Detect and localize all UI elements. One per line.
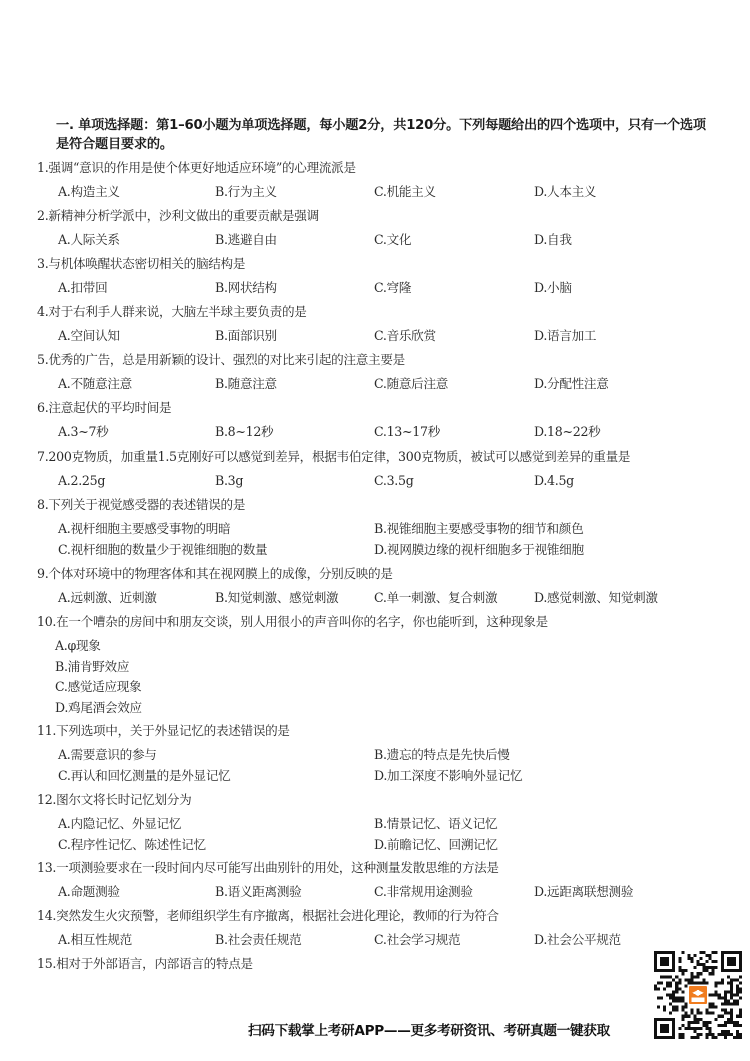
option-a: A.不随意注意 [58, 376, 132, 392]
question-stem: 3.与机体唤醒状态密切相关的脑结构是 [37, 256, 245, 272]
qr-code-icon[interactable] [654, 951, 742, 1039]
exam-page: 一. 单项选择题：第1–60小题为单项选择题，每小题2分，共120分。下列每题给… [0, 0, 750, 1061]
option-d: D.加工深度不影响外显记忆 [374, 768, 522, 784]
option-c: C.视杆细胞的数量少于视锥细胞的数量 [58, 542, 267, 558]
option-d: D.小脑 [534, 280, 572, 296]
question-stem: 12.图尔文将长时记忆划分为 [37, 792, 191, 808]
qr-code-graphic [654, 951, 742, 1039]
option-d: D.视网膜边缘的视杆细胞多于视锥细胞 [374, 542, 584, 558]
option-c: C.3.5g [374, 473, 413, 489]
option-b: B.知觉刺激、感觉刺激 [215, 590, 338, 606]
promo-text: 扫码下载掌上考研APP——更多考研资讯、考研真题一键获取 [248, 1019, 610, 1039]
option-a: A.人际关系 [58, 232, 120, 248]
question-stem: 9.个体对环境中的物理客体和其在视网膜上的成像，分别反映的是 [37, 566, 393, 582]
option-b: B.视锥细胞主要感受事物的细节和颜色 [374, 521, 583, 537]
option-d: D.远距离联想测验 [534, 884, 633, 900]
option-d: D.分配性注意 [534, 376, 609, 392]
option-d: D.18~22秒 [534, 424, 600, 440]
option-d: D.语言加工 [534, 328, 596, 344]
option-c: C.感觉适应现象 [55, 679, 141, 695]
option-d: D.自我 [534, 232, 572, 248]
option-a: A.扣带回 [58, 280, 107, 296]
option-c: C.非常规用途测验 [374, 884, 473, 900]
question-stem: 6.注意起伏的平均时间是 [37, 400, 171, 416]
option-d: D.感觉刺激、知觉刺激 [534, 590, 658, 606]
option-c: C.13~17秒 [374, 424, 440, 440]
option-b: B.面部识别 [215, 328, 277, 344]
option-c: C.音乐欣赏 [374, 328, 436, 344]
option-b: B.浦肯野效应 [55, 659, 129, 675]
option-b: B.逃避自由 [215, 232, 277, 248]
option-b: B.情景记忆、语义记忆 [374, 816, 497, 832]
option-b: B.社会责任规范 [215, 932, 301, 948]
question-stem: 15.相对于外部语言，内部语言的特点是 [37, 956, 253, 972]
question-stem: 4.对于右利手人群来说，大脑左半球主要负责的是 [37, 304, 307, 320]
question-stem: 5.优秀的广告，总是用新颖的设计、强烈的对比来引起的注意主要是 [37, 352, 405, 368]
question-stem: 1.强调“意识的作用是使个体更好地适应环境”的心理流派是 [37, 160, 356, 176]
option-a: A.需要意识的参与 [58, 747, 157, 763]
question-stem: 11.下列选项中，关于外显记忆的表述错误的是 [37, 723, 290, 739]
option-c: C.穹隆 [374, 280, 411, 296]
option-a: A.空间认知 [58, 328, 120, 344]
option-c: C.社会学习规范 [374, 932, 460, 948]
option-a: A.远刺激、近刺激 [58, 590, 157, 606]
option-b: B.随意注意 [215, 376, 277, 392]
question-stem: 13.一项测验要求在一段时间内尽可能写出曲别针的用处，这种测量发散思维的方法是 [37, 860, 499, 876]
option-d: D.人本主义 [534, 184, 596, 200]
option-d: D.4.5g [534, 473, 574, 489]
option-d: D.鸡尾酒会效应 [55, 700, 142, 716]
option-c: C.机能主义 [374, 184, 436, 200]
option-a: A.φ现象 [55, 638, 101, 654]
option-c: C.程序性记忆、陈述性记忆 [58, 837, 206, 853]
option-b: B.8~12秒 [215, 424, 273, 440]
option-b: B.语义距离测验 [215, 884, 301, 900]
option-c: C.文化 [374, 232, 411, 248]
option-a: A.视杆细胞主要感受事物的明暗 [58, 521, 230, 537]
option-b: B.遗忘的特点是先快后慢 [374, 747, 510, 763]
option-c: C.随意后注意 [374, 376, 448, 392]
option-d: D.社会公平规范 [534, 932, 621, 948]
option-d: D.前瞻记忆、回溯记忆 [374, 837, 498, 853]
option-b: B.网状结构 [215, 280, 277, 296]
section-header: 一. 单项选择题：第1–60小题为单项选择题，每小题2分，共120分。下列每题给… [56, 116, 716, 154]
question-stem: 7.200克物质，加重量1.5克刚好可以感觉到差异，根据韦伯定律，300克物质，… [37, 449, 630, 465]
option-a: A.3~7秒 [58, 424, 108, 440]
option-a: A.相互性规范 [58, 932, 132, 948]
option-b: B.行为主义 [215, 184, 277, 200]
question-stem: 8.下列关于视觉感受器的表述错误的是 [37, 497, 245, 513]
option-a: A.内隐记忆、外显记忆 [58, 816, 181, 832]
option-a: A.构造主义 [58, 184, 120, 200]
option-a: A.命题测验 [58, 884, 120, 900]
option-b: B.3g [215, 473, 243, 489]
option-c: C.再认和回忆测量的是外显记忆 [58, 768, 230, 784]
question-stem: 10.在一个嘈杂的房间中和朋友交谈，别人用很小的声音叫你的名字，你也能听到，这种… [37, 614, 548, 630]
question-stem: 2.新精神分析学派中，沙利文做出的重要贡献是强调 [37, 208, 319, 224]
option-c: C.单一刺激、复合刺激 [374, 590, 497, 606]
option-a: A.2.25g [58, 473, 105, 489]
question-stem: 14.突然发生火灾预警，老师组织学生有序撤离，根据社会进化理论，教师的行为符合 [37, 908, 499, 924]
